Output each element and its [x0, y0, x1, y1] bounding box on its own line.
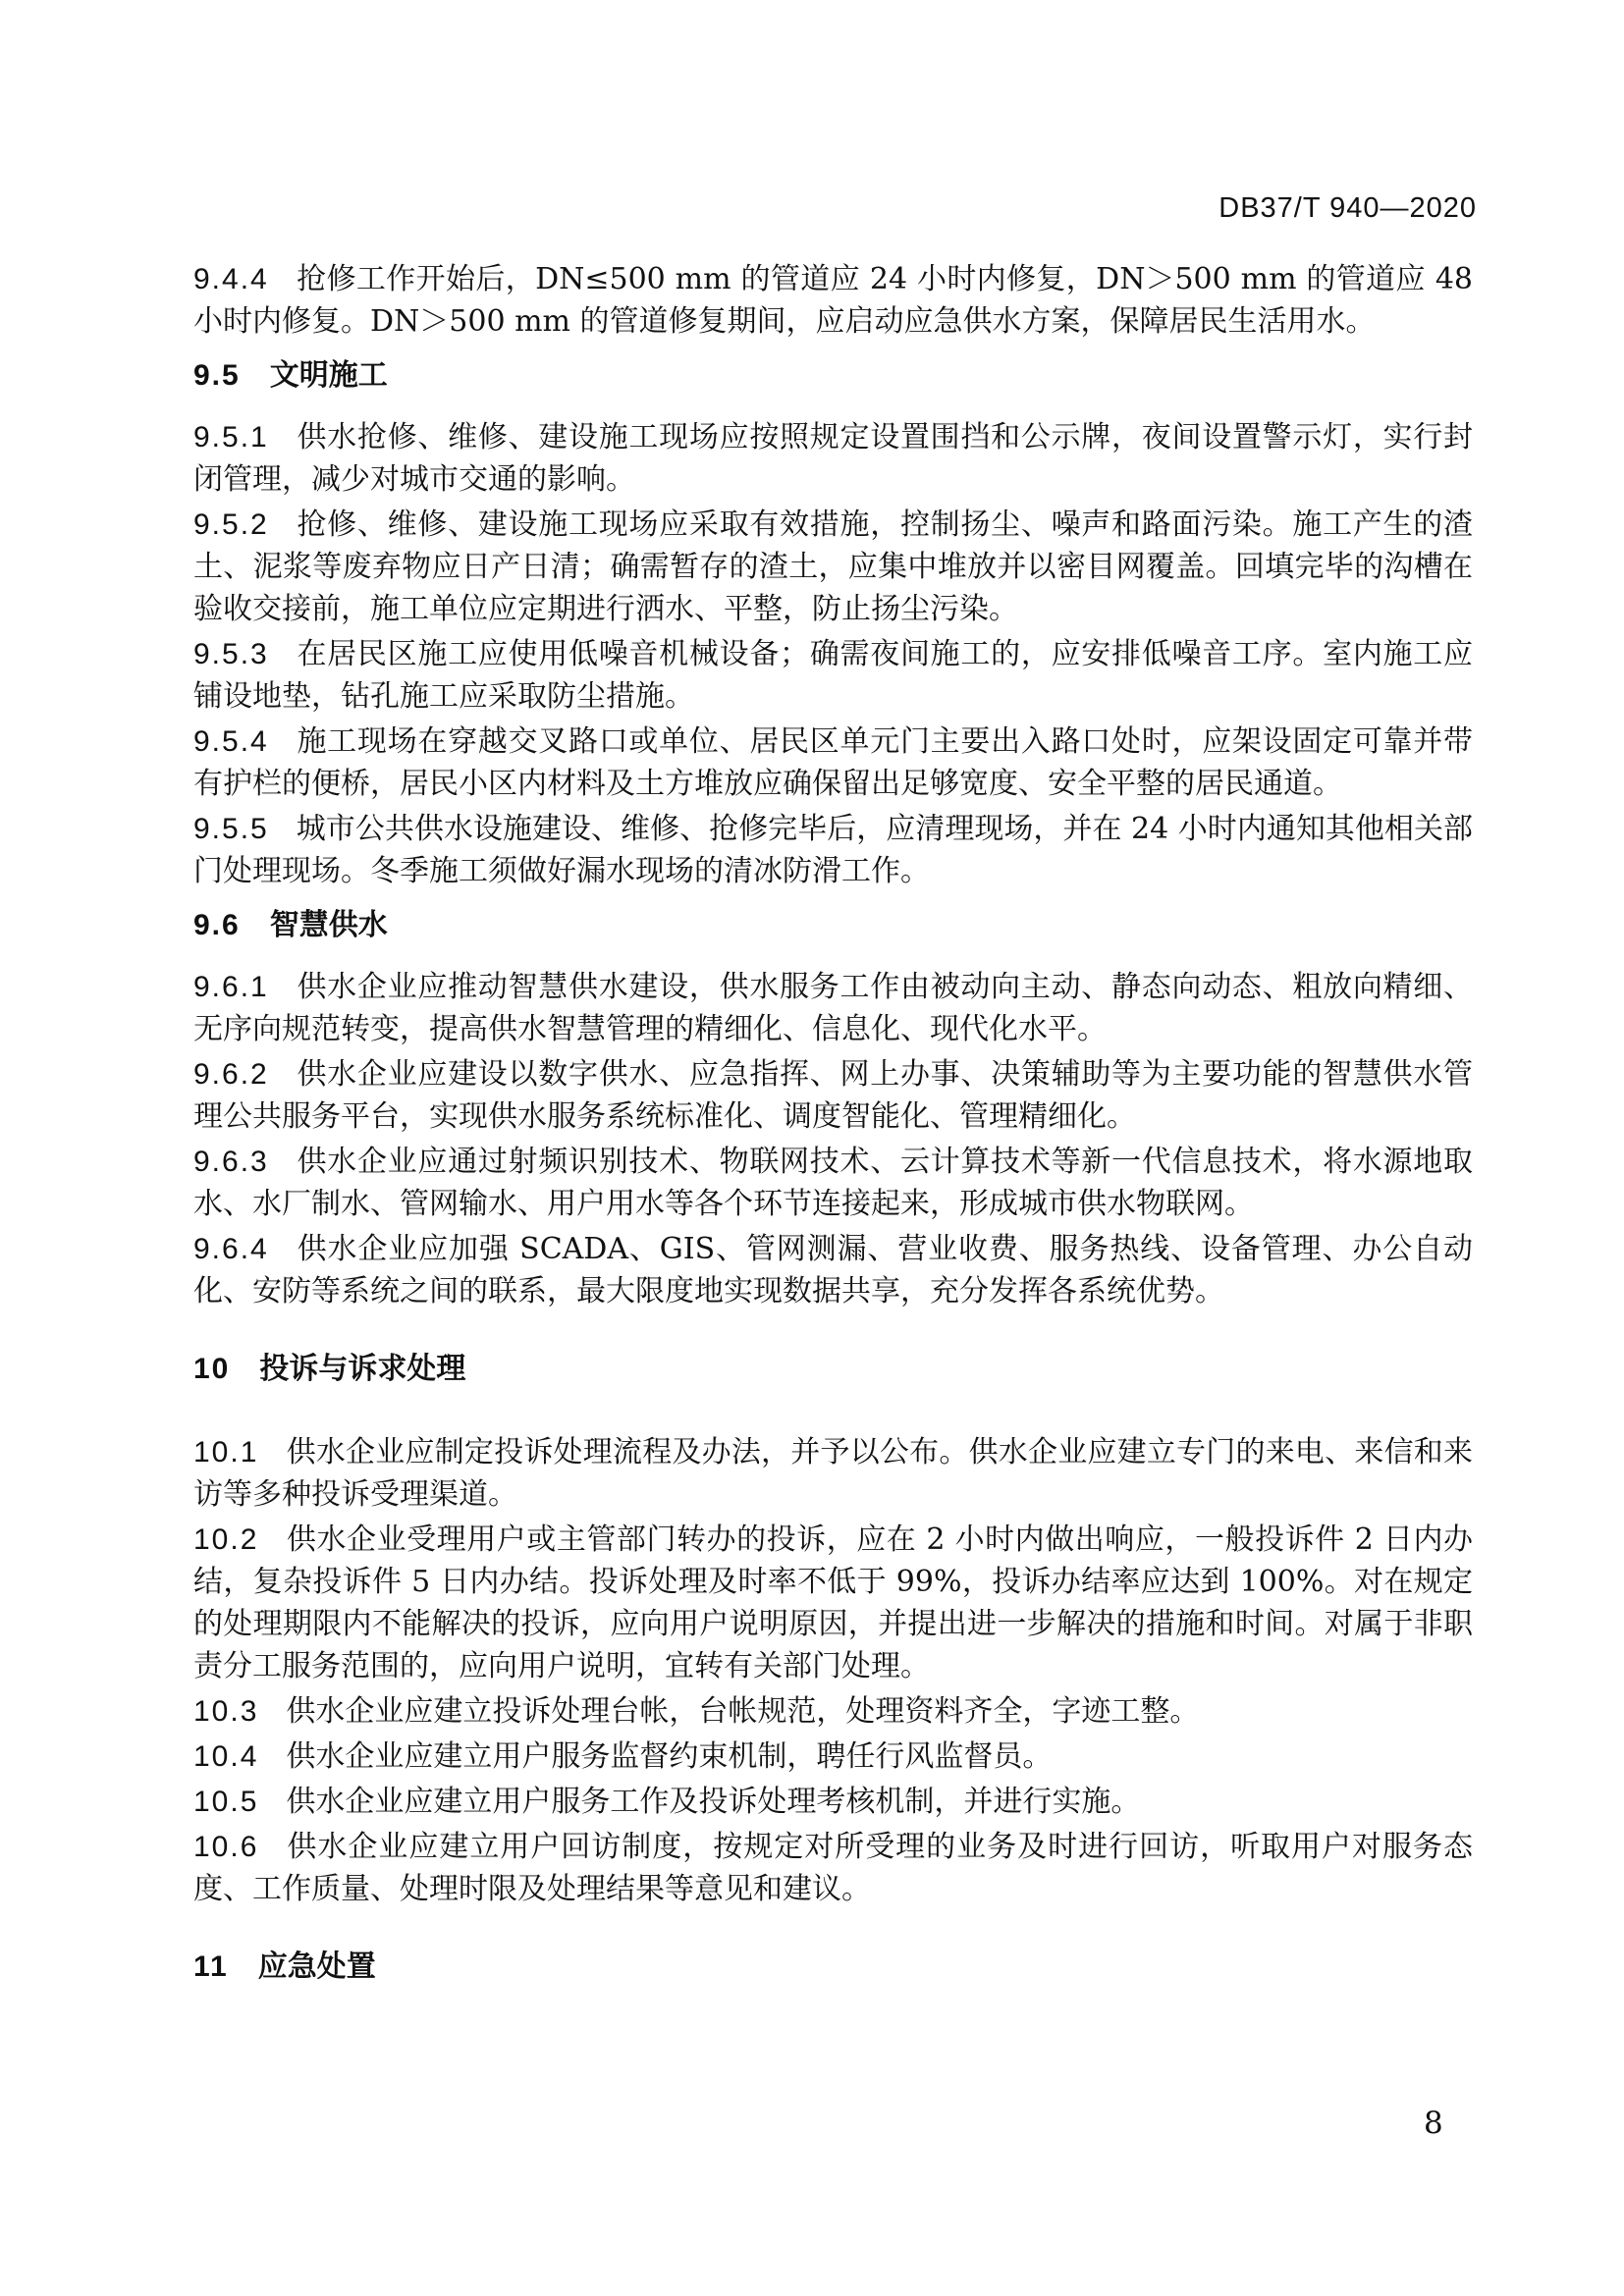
chapter-number: 10 — [193, 1353, 230, 1385]
clause-9-6-4: 9.6.4供水企业应加强 SCADA、GIS、管网测漏、营业收费、服务热线、设备… — [193, 1228, 1473, 1312]
clause-number: 10.5 — [193, 1786, 258, 1818]
section-title: 智慧供水 — [270, 909, 388, 941]
page-number: 8 — [1424, 2106, 1443, 2141]
clause-number: 10.2 — [193, 1523, 258, 1556]
clause-text: 施工现场在穿越交叉路口或单位、居民区单元门主要出入路口处时，应架设固定可靠并带有… — [193, 724, 1473, 801]
chapter-title: 应急处置 — [258, 1950, 376, 1983]
clause-text: 供水企业应建立用户服务监督约束机制，聘任行风监督员。 — [286, 1739, 1052, 1774]
chapter-heading-11: 11应急处置 — [193, 1946, 1473, 1988]
chapter-title: 投诉与诉求处理 — [259, 1353, 465, 1385]
clause-text: 城市公共供水设施建设、维修、抢修完毕后，应清理现场，并在 24 小时内通知其他相… — [193, 812, 1473, 888]
clause-number: 9.5.2 — [193, 508, 269, 541]
clause-text: 抢修工作开始后，DN≤500 mm 的管道应 24 小时内修复，DN＞500 m… — [193, 262, 1473, 339]
clause-text: 供水企业应建立用户服务工作及投诉处理考核机制，并进行实施。 — [286, 1785, 1140, 1819]
clause-number: 9.6.4 — [193, 1233, 269, 1265]
clause-number: 10.6 — [193, 1831, 258, 1863]
clause-text: 供水企业应建立投诉处理台帐，台帐规范，处理资料齐全，字迹工整。 — [286, 1694, 1199, 1729]
clause-9-5-2: 9.5.2抢修、维修、建设施工现场应采取有效措施，控制扬尘、噪声和路面污染。施工… — [193, 504, 1473, 630]
clause-10-1: 10.1供水企业应制定投诉处理流程及办法，并予以公布。供水企业应建立专门的来电、… — [193, 1431, 1473, 1516]
clause-number: 9.5.4 — [193, 725, 269, 758]
clause-number: 9.6.2 — [193, 1058, 269, 1091]
section-heading-9-5: 9.5文明施工 — [193, 354, 1473, 397]
clause-text: 供水企业应推动智慧供水建设，供水服务工作由被动向主动、静态向动态、粗放向精细、无… — [193, 970, 1473, 1046]
section-heading-9-6: 9.6智慧供水 — [193, 904, 1473, 946]
clause-number: 9.5.3 — [193, 638, 269, 670]
clause-number: 9.5.5 — [193, 813, 269, 845]
clause-text: 供水抢修、维修、建设施工现场应按照规定设置围挡和公示牌，夜间设置警示灯，实行封闭… — [193, 420, 1473, 497]
clause-text: 在居民区施工应使用低噪音机械设备；确需夜间施工的，应安排低噪音工序。室内施工应铺… — [193, 637, 1473, 714]
clause-number: 10.3 — [193, 1695, 258, 1728]
clause-9-6-1: 9.6.1供水企业应推动智慧供水建设，供水服务工作由被动向主动、静态向动态、粗放… — [193, 966, 1473, 1050]
clause-9-5-4: 9.5.4施工现场在穿越交叉路口或单位、居民区单元门主要出入路口处时，应架设固定… — [193, 721, 1473, 805]
clause-text: 供水企业受理用户或主管部门转办的投诉，应在 2 小时内做出响应，一般投诉件 2 … — [193, 1522, 1473, 1683]
section-title: 文明施工 — [270, 359, 388, 392]
page-body: 9.4.4抢修工作开始后，DN≤500 mm 的管道应 24 小时内修复，DN＞… — [193, 258, 1473, 2029]
clause-number: 9.4.4 — [193, 263, 269, 295]
clause-text: 供水企业应加强 SCADA、GIS、管网测漏、营业收费、服务热线、设备管理、办公… — [193, 1232, 1473, 1308]
clause-text: 供水企业应建设以数字供水、应急指挥、网上办事、决策辅助等为主要功能的智慧供水管理… — [193, 1057, 1473, 1134]
clause-text: 供水企业应建立用户回访制度，按规定对所受理的业务及时进行回访，听取用户对服务态度… — [193, 1830, 1473, 1906]
section-number: 9.5 — [193, 359, 241, 392]
clause-10-4: 10.4供水企业应建立用户服务监督约束机制，聘任行风监督员。 — [193, 1735, 1473, 1778]
clause-number: 10.4 — [193, 1740, 258, 1773]
chapter-number: 11 — [193, 1950, 229, 1983]
clause-9-5-1: 9.5.1供水抢修、维修、建设施工现场应按照规定设置围挡和公示牌，夜间设置警示灯… — [193, 416, 1473, 501]
clause-text: 供水企业应制定投诉处理流程及办法，并予以公布。供水企业应建立专门的来电、来信和来… — [193, 1435, 1473, 1512]
clause-10-3: 10.3供水企业应建立投诉处理台帐，台帐规范，处理资料齐全，字迹工整。 — [193, 1690, 1473, 1733]
clause-number: 10.1 — [193, 1436, 258, 1468]
clause-9-5-3: 9.5.3在居民区施工应使用低噪音机械设备；确需夜间施工的，应安排低噪音工序。室… — [193, 633, 1473, 718]
clause-number: 9.6.1 — [193, 971, 269, 1003]
chapter-heading-10: 10投诉与诉求处理 — [193, 1348, 1473, 1390]
clause-10-2: 10.2供水企业受理用户或主管部门转办的投诉，应在 2 小时内做出响应，一般投诉… — [193, 1519, 1473, 1687]
clause-9-4-4: 9.4.4抢修工作开始后，DN≤500 mm 的管道应 24 小时内修复，DN＞… — [193, 258, 1473, 343]
clause-number: 9.5.1 — [193, 421, 269, 454]
clause-10-6: 10.6供水企业应建立用户回访制度，按规定对所受理的业务及时进行回访，听取用户对… — [193, 1826, 1473, 1910]
section-number: 9.6 — [193, 909, 241, 941]
clause-9-6-2: 9.6.2供水企业应建设以数字供水、应急指挥、网上办事、决策辅助等为主要功能的智… — [193, 1053, 1473, 1138]
document-number: DB37/T 940—2020 — [1218, 192, 1477, 225]
clause-10-5: 10.5供水企业应建立用户服务工作及投诉处理考核机制，并进行实施。 — [193, 1781, 1473, 1823]
clause-9-5-5: 9.5.5城市公共供水设施建设、维修、抢修完毕后，应清理现场，并在 24 小时内… — [193, 808, 1473, 892]
clause-text: 供水企业应通过射频识别技术、物联网技术、云计算技术等新一代信息技术，将水源地取水… — [193, 1145, 1473, 1221]
clause-9-6-3: 9.6.3供水企业应通过射频识别技术、物联网技术、云计算技术等新一代信息技术，将… — [193, 1141, 1473, 1225]
clause-text: 抢修、维修、建设施工现场应采取有效措施，控制扬尘、噪声和路面污染。施工产生的渣土… — [193, 507, 1473, 626]
clause-number: 9.6.3 — [193, 1146, 269, 1178]
